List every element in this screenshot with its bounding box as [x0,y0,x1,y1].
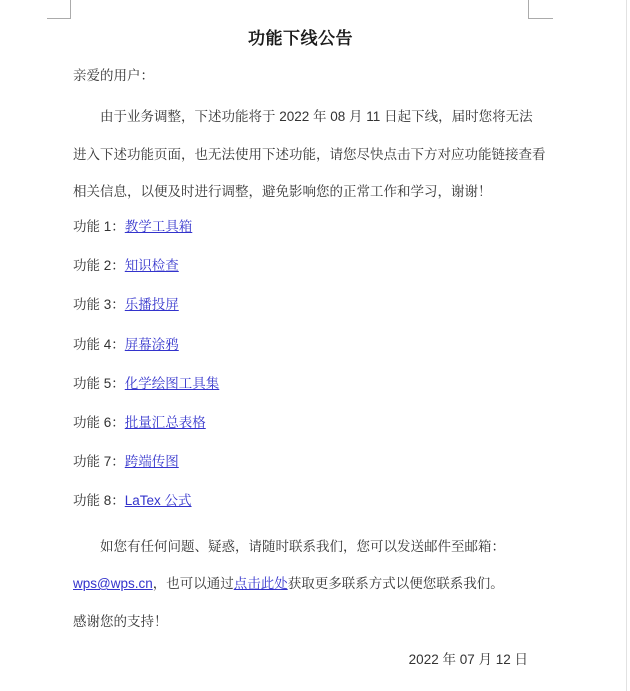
feature-label-2: 功能 2： [73,258,125,273]
thanks-line: 感谢您的支持！ [73,612,528,632]
feature-label-3: 功能 3： [73,297,125,312]
intro-line-2: 进入下述功能页面，也无法使用下述功能，请您尽快点击下方对应功能链接查看 [73,145,528,165]
feature-link-batch-summary-tables[interactable]: 批量汇总表格 [125,415,206,430]
feature-label-8: 功能 8： [73,493,125,508]
document-page: 功能下线公告 亲爱的用户： 由于业务调整，下述功能将于 2022 年 08 月 … [0,0,630,691]
feature-link-knowledge-check[interactable]: 知识检查 [125,258,179,273]
email-link[interactable]: wps@wps.cn [73,576,153,591]
contact-line-1: 如您有任何问题、疑惑，请随时联系我们，您可以发送邮件至邮箱： [73,537,528,557]
contact-middle-text: ，也可以通过 [153,576,234,591]
click-here-link[interactable]: 点击此处 [234,576,288,591]
feature-row-4: 功能 4：屏幕涂鸦 [73,335,528,355]
feature-row-8: 功能 8：LaTex 公式 [73,491,528,511]
feature-link-cross-device-image-transfer[interactable]: 跨端传图 [125,454,179,469]
feature-link-latex-formula[interactable]: LaTex 公式 [125,493,192,508]
feature-label-1: 功能 1： [73,219,125,234]
contact-tail-text: 获取更多联系方式以便您联系我们。 [288,576,504,591]
feature-link-teaching-toolbox[interactable]: 教学工具箱 [125,219,193,234]
crop-mark-top-right-vertical [528,0,529,19]
document-content: 功能下线公告 亲爱的用户： 由于业务调整，下述功能将于 2022 年 08 月 … [73,0,528,691]
feature-row-5: 功能 5：化学绘图工具集 [73,374,528,394]
intro-line-3: 相关信息，以便及时进行调整，避免影响您的正常工作和学习，谢谢！ [73,182,528,202]
feature-row-3: 功能 3：乐播投屏 [73,295,528,315]
salutation: 亲爱的用户： [73,66,528,86]
feature-link-screen-doodle[interactable]: 屏幕涂鸦 [125,337,179,352]
feature-label-5: 功能 5： [73,376,125,391]
feature-label-4: 功能 4： [73,337,125,352]
feature-row-1: 功能 1：教学工具箱 [73,217,528,237]
page-edge-line [626,0,627,691]
feature-label-7: 功能 7： [73,454,125,469]
feature-row-7: 功能 7：跨端传图 [73,452,528,472]
feature-link-chemistry-drawing-tools[interactable]: 化学绘图工具集 [125,376,220,391]
intro-line-1: 由于业务调整，下述功能将于 2022 年 08 月 11 日起下线，届时您将无法 [73,107,528,127]
feature-link-lebo-screencast[interactable]: 乐播投屏 [125,297,179,312]
feature-row-6: 功能 6：批量汇总表格 [73,413,528,433]
feature-row-2: 功能 2：知识检查 [73,256,528,276]
contact-line-2: wps@wps.cn，也可以通过点击此处获取更多联系方式以便您联系我们。 [73,574,528,594]
date-line: 2022 年 07 月 12 日 [73,650,528,670]
feature-label-6: 功能 6： [73,415,125,430]
page-title: 功能下线公告 [73,27,528,51]
crop-mark-top-left-horizontal [47,18,71,19]
crop-mark-top-left-vertical [70,0,71,19]
crop-mark-top-right-horizontal [528,18,553,19]
